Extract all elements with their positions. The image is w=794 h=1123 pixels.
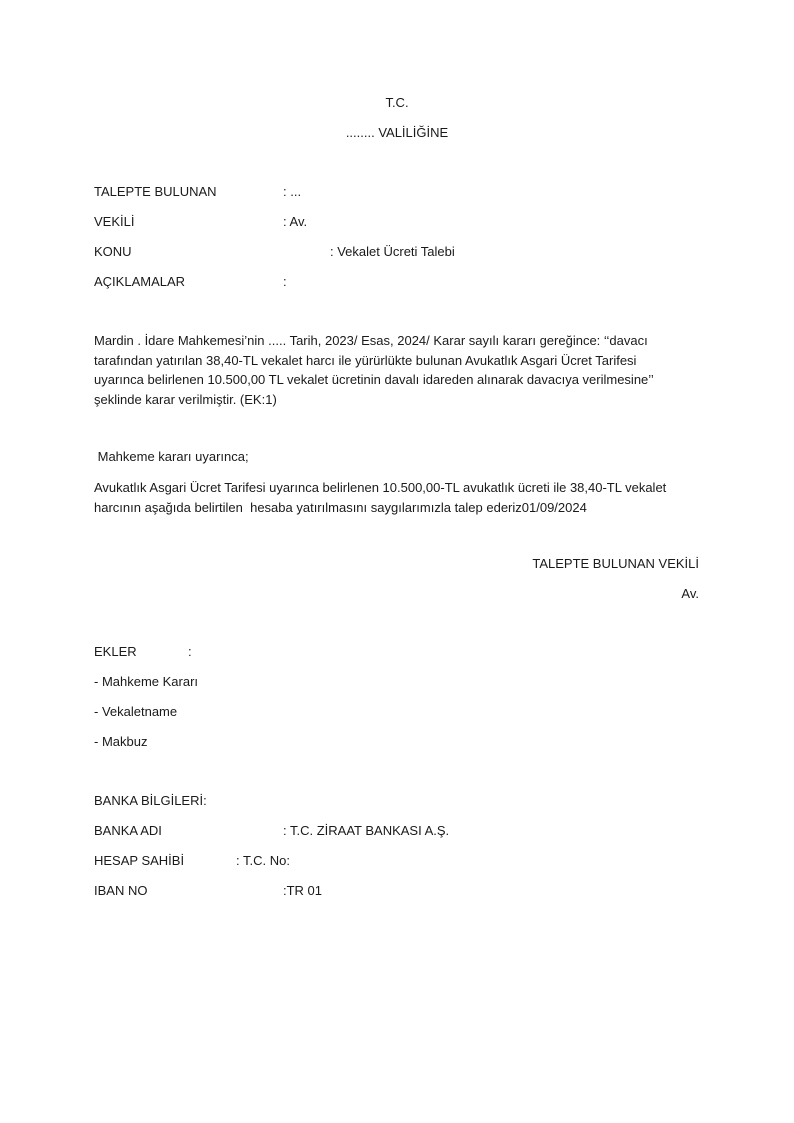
paragraph-line: tarafından yatırılan 38,40-TL vekalet ha… — [94, 351, 704, 371]
account-holder-label: HESAP SAHİBİ — [94, 853, 184, 869]
paragraph-line: Mardin . İdare Mahkemesi’nin ..... Tarih… — [94, 331, 704, 351]
field-value-vekili: : Av. — [283, 214, 307, 230]
signature-title: TALEPTE BULUNAN VEKİLİ — [532, 556, 699, 572]
field-label-talepte-bulunan: TALEPTE BULUNAN — [94, 184, 217, 200]
attachment-item: - Makbuz — [94, 734, 147, 750]
field-label-aciklamalar: AÇIKLAMALAR — [94, 274, 185, 290]
field-value-aciklamalar: : — [283, 274, 287, 290]
paragraph-request: Avukatlık Asgari Ücret Tarifesi uyarınca… — [94, 478, 704, 517]
bank-name-value: : T.C. ZİRAAT BANKASI A.Ş. — [283, 823, 449, 839]
header-valilik: ........ VALİLİĞİNE — [0, 125, 794, 141]
bank-heading: BANKA BİLGİLERİ: — [94, 793, 207, 809]
field-value-talepte-bulunan: : ... — [283, 184, 301, 200]
attachments-colon: : — [188, 644, 192, 660]
paragraph-court-decision: Mardin . İdare Mahkemesi’nin ..... Tarih… — [94, 331, 704, 409]
paragraph-line: Avukatlık Asgari Ücret Tarifesi uyarınca… — [94, 478, 704, 498]
iban-label: IBAN NO — [94, 883, 147, 899]
field-label-konu: KONU — [94, 244, 132, 260]
attachment-item: - Mahkeme Kararı — [94, 674, 198, 690]
field-label-vekili: VEKİLİ — [94, 214, 134, 230]
signature-name: Av. — [681, 586, 699, 602]
attachment-item: - Vekaletname — [94, 704, 177, 720]
iban-value: :TR 01 — [283, 883, 322, 899]
bank-name-label: BANKA ADI — [94, 823, 162, 839]
paragraph-line: uyarınca belirlenen 10.500,00 TL vekalet… — [94, 370, 704, 390]
paragraph-line: harcının aşağıda belirtilen hesaba yatır… — [94, 498, 704, 518]
field-value-konu: : Vekalet Ücreti Talebi — [330, 244, 455, 260]
paragraph-line: şeklinde karar verilmiştir. (EK:1) — [94, 390, 704, 410]
header-tc: T.C. — [0, 95, 794, 111]
account-holder-value: : T.C. No: — [236, 853, 290, 869]
attachments-label: EKLER — [94, 644, 137, 660]
intro-court-decision: Mahkeme kararı uyarınca; — [94, 449, 249, 465]
